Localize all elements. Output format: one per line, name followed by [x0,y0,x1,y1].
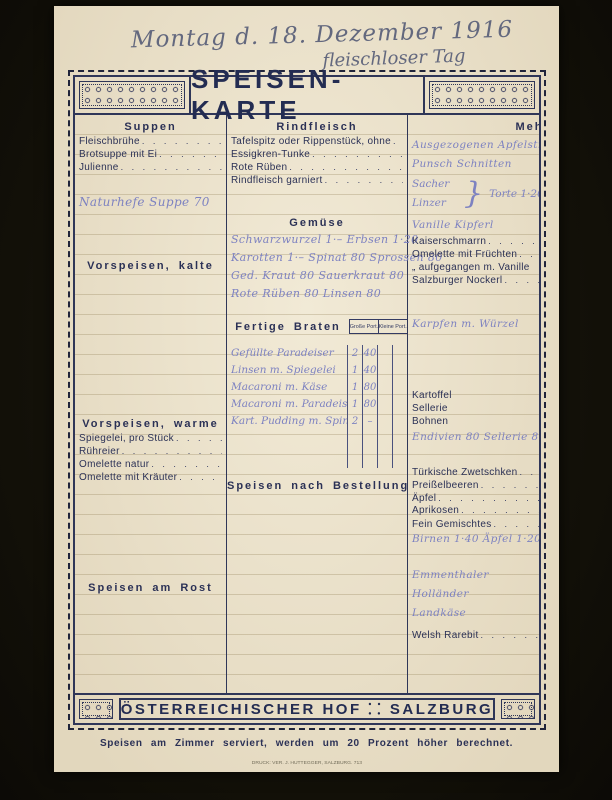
portion-price-table-header: Große Port.Kleine Port. [349,319,407,334]
menu-item-handwritten: Karpfen m. Würzel4·– [408,314,539,333]
dotted-leader: . . . . . . . . . . . . . . . . . . . . … [287,161,403,174]
menu-item-handwritten: Schwarzwurzel 1·– Erbsen 1·20 [227,231,407,249]
section-heading: Vorspeisen, warme [75,416,226,432]
menu-item-printed: Tafelspitz oder Rippenstück, ohne . . . … [227,135,407,148]
menu-item-handwritten: Ged. Kraut 80 Sauerkraut 80 [227,267,407,285]
menu-item-printed: Omelette natur . . . . . . . . . . . . .… [75,458,226,471]
price-grosse-heller [362,430,377,468]
menu-item-printed: Fleischbrühe . . . . . . . . . . . . . .… [75,135,226,148]
dotted-leader: . . . . . . . . . . . . . . . . . . . . … [479,629,539,642]
portion-column-label: Große Port. [349,319,378,334]
menu-item-handwritten: Karotten 1·– Spinat 80 Sprossen 80 [227,249,407,267]
dotted-leader: . . . . . . . . . . . . . . . . . . . . … [149,458,222,471]
price-kleine-cell [392,396,407,413]
dotted-leader: . . . . . . . . . . . . . . . . . . . . … [459,504,539,517]
menu-card: Montag d. 18. Dezember 1916 fleischloser… [54,6,559,772]
blank-ruled-space [408,306,539,314]
menu-item-handwritten-priced: Linsen m. Spiegelei140 [227,362,407,379]
blank-ruled-space [75,484,226,580]
header-row: SPEISEN-KARTE [75,77,539,115]
blank-ruled-space [75,274,226,416]
price-grosse-kronen [347,430,362,468]
menu-item-printed: Julienne . . . . . . . . . . . . . . . .… [75,161,226,174]
price-kleine-cell [377,413,392,430]
section-heading: Speisen nach Bestellung [227,478,407,494]
section-speisen-am-rost: Speisen am Rost [75,580,226,596]
section-heading: Fertige Braten [227,319,349,335]
menu-item-handwritten-priced [227,430,407,468]
price-kleine-cell [377,362,392,379]
menu-column-middle: RindfleischTafelspitz oder Rippenstück, … [227,115,408,693]
menu-item-handwritten: Emmenthaler60 [408,565,539,584]
section-suppen: SuppenFleischbrühe . . . . . . . . . . .… [75,119,226,258]
service-notice: Speisen am Zimmer serviert, werden um 20… [54,738,559,749]
dotted-leader: . . . . . . . . . . . . . . . . . . . . … [479,479,539,492]
dotted-leader: . . . . . . . . . . . . . . . . . . . . … [119,161,222,174]
menu-item-printed: Brotsuppe mit Ei . . . . . . . . . . . .… [75,148,226,161]
section-rindfleisch: RindfleischTafelspitz oder Rippenstück, … [227,119,407,215]
dashed-border-frame: SPEISEN-KARTE SuppenFleischbrühe . . . .… [68,70,546,730]
section-heading: Gemüse [227,215,407,231]
section-dunstobst: DunstobstTürkische Zwetschken . . . . . … [408,449,539,549]
ornament-right-icon [429,81,535,109]
price-grosse-heller: 40 [362,345,377,362]
price-kleine-cell [377,379,392,396]
price-kleine-cell [392,362,407,379]
section-salate: SalateKartoffelHäuptel . . . . . . . . .… [408,373,539,449]
menu-item-printed: Essigkren-Tunke . . . . . . . . . . . . … [227,148,407,161]
menu-item-handwritten: Endivien 80 Sellerie 80 [408,428,539,447]
price-kleine-cell [377,345,392,362]
price-grosse-heller: 80 [362,379,377,396]
menu-item-handwritten: Holländer60 [408,584,539,603]
dotted-leader: . . . . . . . . . . . . . . . . . . . . … [502,274,539,287]
price-grosse-kronen: 1 [347,396,362,413]
menu-item-handwritten: Naturhefe Suppe 70 [75,192,226,212]
menu-item-printed: Rote Rüben . . . . . . . . . . . . . . .… [227,161,407,174]
section-heading: Salate [408,373,539,389]
footer-ornament-left-icon [79,699,113,719]
menu-item-printed: Spiegelei, pro Stück . . . . . . . . . .… [75,432,226,445]
section-heading: Käse [408,549,539,565]
menu-item-printed-pair: SellerieGurken . . . . . . . . . . . . .… [408,402,539,415]
section-vorspeisen-warme: Vorspeisen, warmeSpiegelei, pro Stück . … [75,416,226,580]
brace-icon: } [464,174,483,214]
price-grosse-kronen: 1 [347,362,362,379]
section-dessert: Dessert [408,645,539,661]
section-mehl-und-suesse-speisen: Mehl- und süsse SpeisenAusgezogenen Apfe… [408,119,539,290]
title-cell: SPEISEN-KARTE [189,77,425,113]
section-heading: Vorspeisen, kalte [75,258,226,274]
section-heading: Rindfleisch [227,119,407,135]
price-kleine-cell [392,379,407,396]
menu-item-handwritten: Vanille Kipferl1·10 [408,215,539,234]
menu-item-printed: Omelette mit Kräuter . . . . . . . . . .… [75,471,226,484]
dotted-leader: . . . . . . . . . . . . . . . . . . . . … [486,235,539,248]
hotel-name: ÖSTERREICHISCHER HOF ⸬ SALZBURG [121,699,493,719]
price-grosse-kronen: 2 [347,345,362,362]
menu-item-printed: Welsh Rarebit . . . . . . . . . . . . . … [408,628,539,641]
menu-item-handwritten: Landkäse50 [408,603,539,622]
menu-item-handwritten-priced: Gefüllte Paradeiser240 [227,345,407,362]
blank-ruled-space [75,212,226,258]
blank-ruled-space [227,468,407,478]
price-kleine-cell [392,345,407,362]
section-heading: Dunstobst [408,449,539,465]
section-gemuese: GemüseSchwarzwurzel 1·– Erbsen 1·20Karot… [227,215,407,319]
menu-item-printed: Rindfleisch garniert . . . . . . . . . .… [227,174,407,187]
menu-column-left: SuppenFleischbrühe . . . . . . . . . . .… [75,115,227,693]
menu-item-printed: Fein Gemischtes . . . . . . . . . . . . … [408,517,539,530]
blank-ruled-space [227,187,407,215]
price-kleine-cell [392,413,407,430]
dotted-leader: . . . . . . . . . . . . . . . . . . . . … [177,471,222,484]
menu-item-handwritten-priced: Kart. Pudding m. Spinat2– [227,413,407,430]
printer-imprint: DRUCK: VER. J. HUTTEGGER, SALZBURG. 713 [54,758,559,767]
section-speisen-nach-bestellung: Speisen nach Bestellung [227,478,407,494]
price-grosse-heller: 40 [362,362,377,379]
dotted-leader: . . . . . . . . . . . . . . . . . . . . … [517,248,539,261]
dotted-leader: . . . . . . . . . . . . . . . . . . . . … [174,432,222,445]
menu-columns: SuppenFleischbrühe . . . . . . . . . . .… [75,115,539,693]
price-kleine-cell [377,396,392,413]
menu-item-printed-pair: Bohnen . . . . . . . . . . . . . . . . .… [408,415,539,428]
section-kaese: KäseEmmenthaler60Holländer60Landkäse50We… [408,549,539,645]
section-heading: Fische [408,290,539,306]
menu-table: SPEISEN-KARTE SuppenFleischbrühe . . . .… [73,75,541,725]
hotel-name-band: ÖSTERREICHISCHER HOF ⸬ SALZBURG [119,698,495,720]
menu-item-handwritten: Birnen 1·40 Äpfel 1·20 [408,530,539,549]
blank-ruled-space [408,333,539,373]
menu-item-handwritten-priced: Macaroni m. Paradeis180 [227,396,407,413]
menu-item-handwritten: Punsch Schnitten1·10 [408,154,539,173]
menu-item-printed: Aprikosen . . . . . . . . . . . . . . . … [408,504,539,517]
portion-column-label: Kleine Port. [378,319,407,334]
price-grosse-heller: 80 [362,396,377,413]
section-vorspeisen-kalte: Vorspeisen, kalte [75,258,226,416]
menu-item-printed: Preißelbeeren . . . . . . . . . . . . . … [408,478,539,491]
price-grosse-heller: – [362,413,377,430]
footer-band: ÖSTERREICHISCHER HOF ⸬ SALZBURG [75,693,539,723]
dotted-leader: . . . . . . . . . . . . . . . . . . . . … [157,148,222,161]
menu-item-printed: Kaiserschmarrn . . . . . . . . . . . . .… [408,234,539,247]
menu-item-handwritten: Ausgezogenen Apfelstrudel1·10 [408,135,539,154]
blank-ruled-space [75,174,226,192]
menu-item-printed: Äpfel . . . . . . . . . . . . . . . . . … [408,491,539,504]
section-heading: Suppen [75,119,226,135]
dotted-leader: . . . . . . . . . . . . . . . . . . . . … [310,148,403,161]
menu-item-printed: Salzburger Nockerl . . . . . . . . . . .… [408,273,539,286]
price-grosse-kronen: 1 [347,379,362,396]
footer-ornament-right-icon [501,699,535,719]
price-kleine-cell [377,430,392,468]
menu-item-printed: Omelette mit Früchten . . . . . . . . . … [408,247,539,260]
menu-item-printed: Rühreier . . . . . . . . . . . . . . . .… [75,445,226,458]
section-heading: Dessert [408,645,539,661]
menu-item-printed: Türkische Zwetschken . . . . . . . . . .… [408,465,539,478]
menu-item-printed-pair: KartoffelHäuptel . . . . . . . . . . . .… [408,389,539,402]
dotted-leader: . . . . . . . . . . . . . . . . . . . . … [140,135,222,148]
dotted-leader: . . . . . . . . . . . . . . . . . . . . … [323,174,403,187]
menu-item-handwritten-priced: Macaroni m. Käse180 [227,379,407,396]
menu-item-handwritten: Rote Rüben 80 Linsen 80 [227,285,407,303]
dotted-leader: . . . . . . . . . . . . . . . . . . . . … [120,445,222,458]
blank-ruled-space [227,303,407,319]
ornament-left-icon [79,81,185,109]
section-fische: FischeKarpfen m. Würzel4·– [408,290,539,373]
price-grosse-kronen: 2 [347,413,362,430]
price-kleine-cell [392,430,407,468]
menu-item-braced: SacherLinzer}Torte 1·20 [408,173,539,215]
dotted-leader: . . . . . . . . . . . . . . . . . . . . … [391,135,403,148]
menu-column-right: Mehl- und süsse SpeisenAusgezogenen Apfe… [408,115,539,693]
section-heading: Speisen am Rost [75,580,226,596]
blank-ruled-space [227,335,407,345]
menu-item-printed: „ aufgegangen m. Vanille2·60 [408,260,539,273]
section-fertige-braten: Fertige BratenGroße Port.Kleine Port.Gef… [227,319,407,478]
dotted-leader: . . . . . . . . . . . . . . . . . . . . … [517,466,539,479]
section-heading: Mehl- und süsse Speisen [408,119,539,135]
